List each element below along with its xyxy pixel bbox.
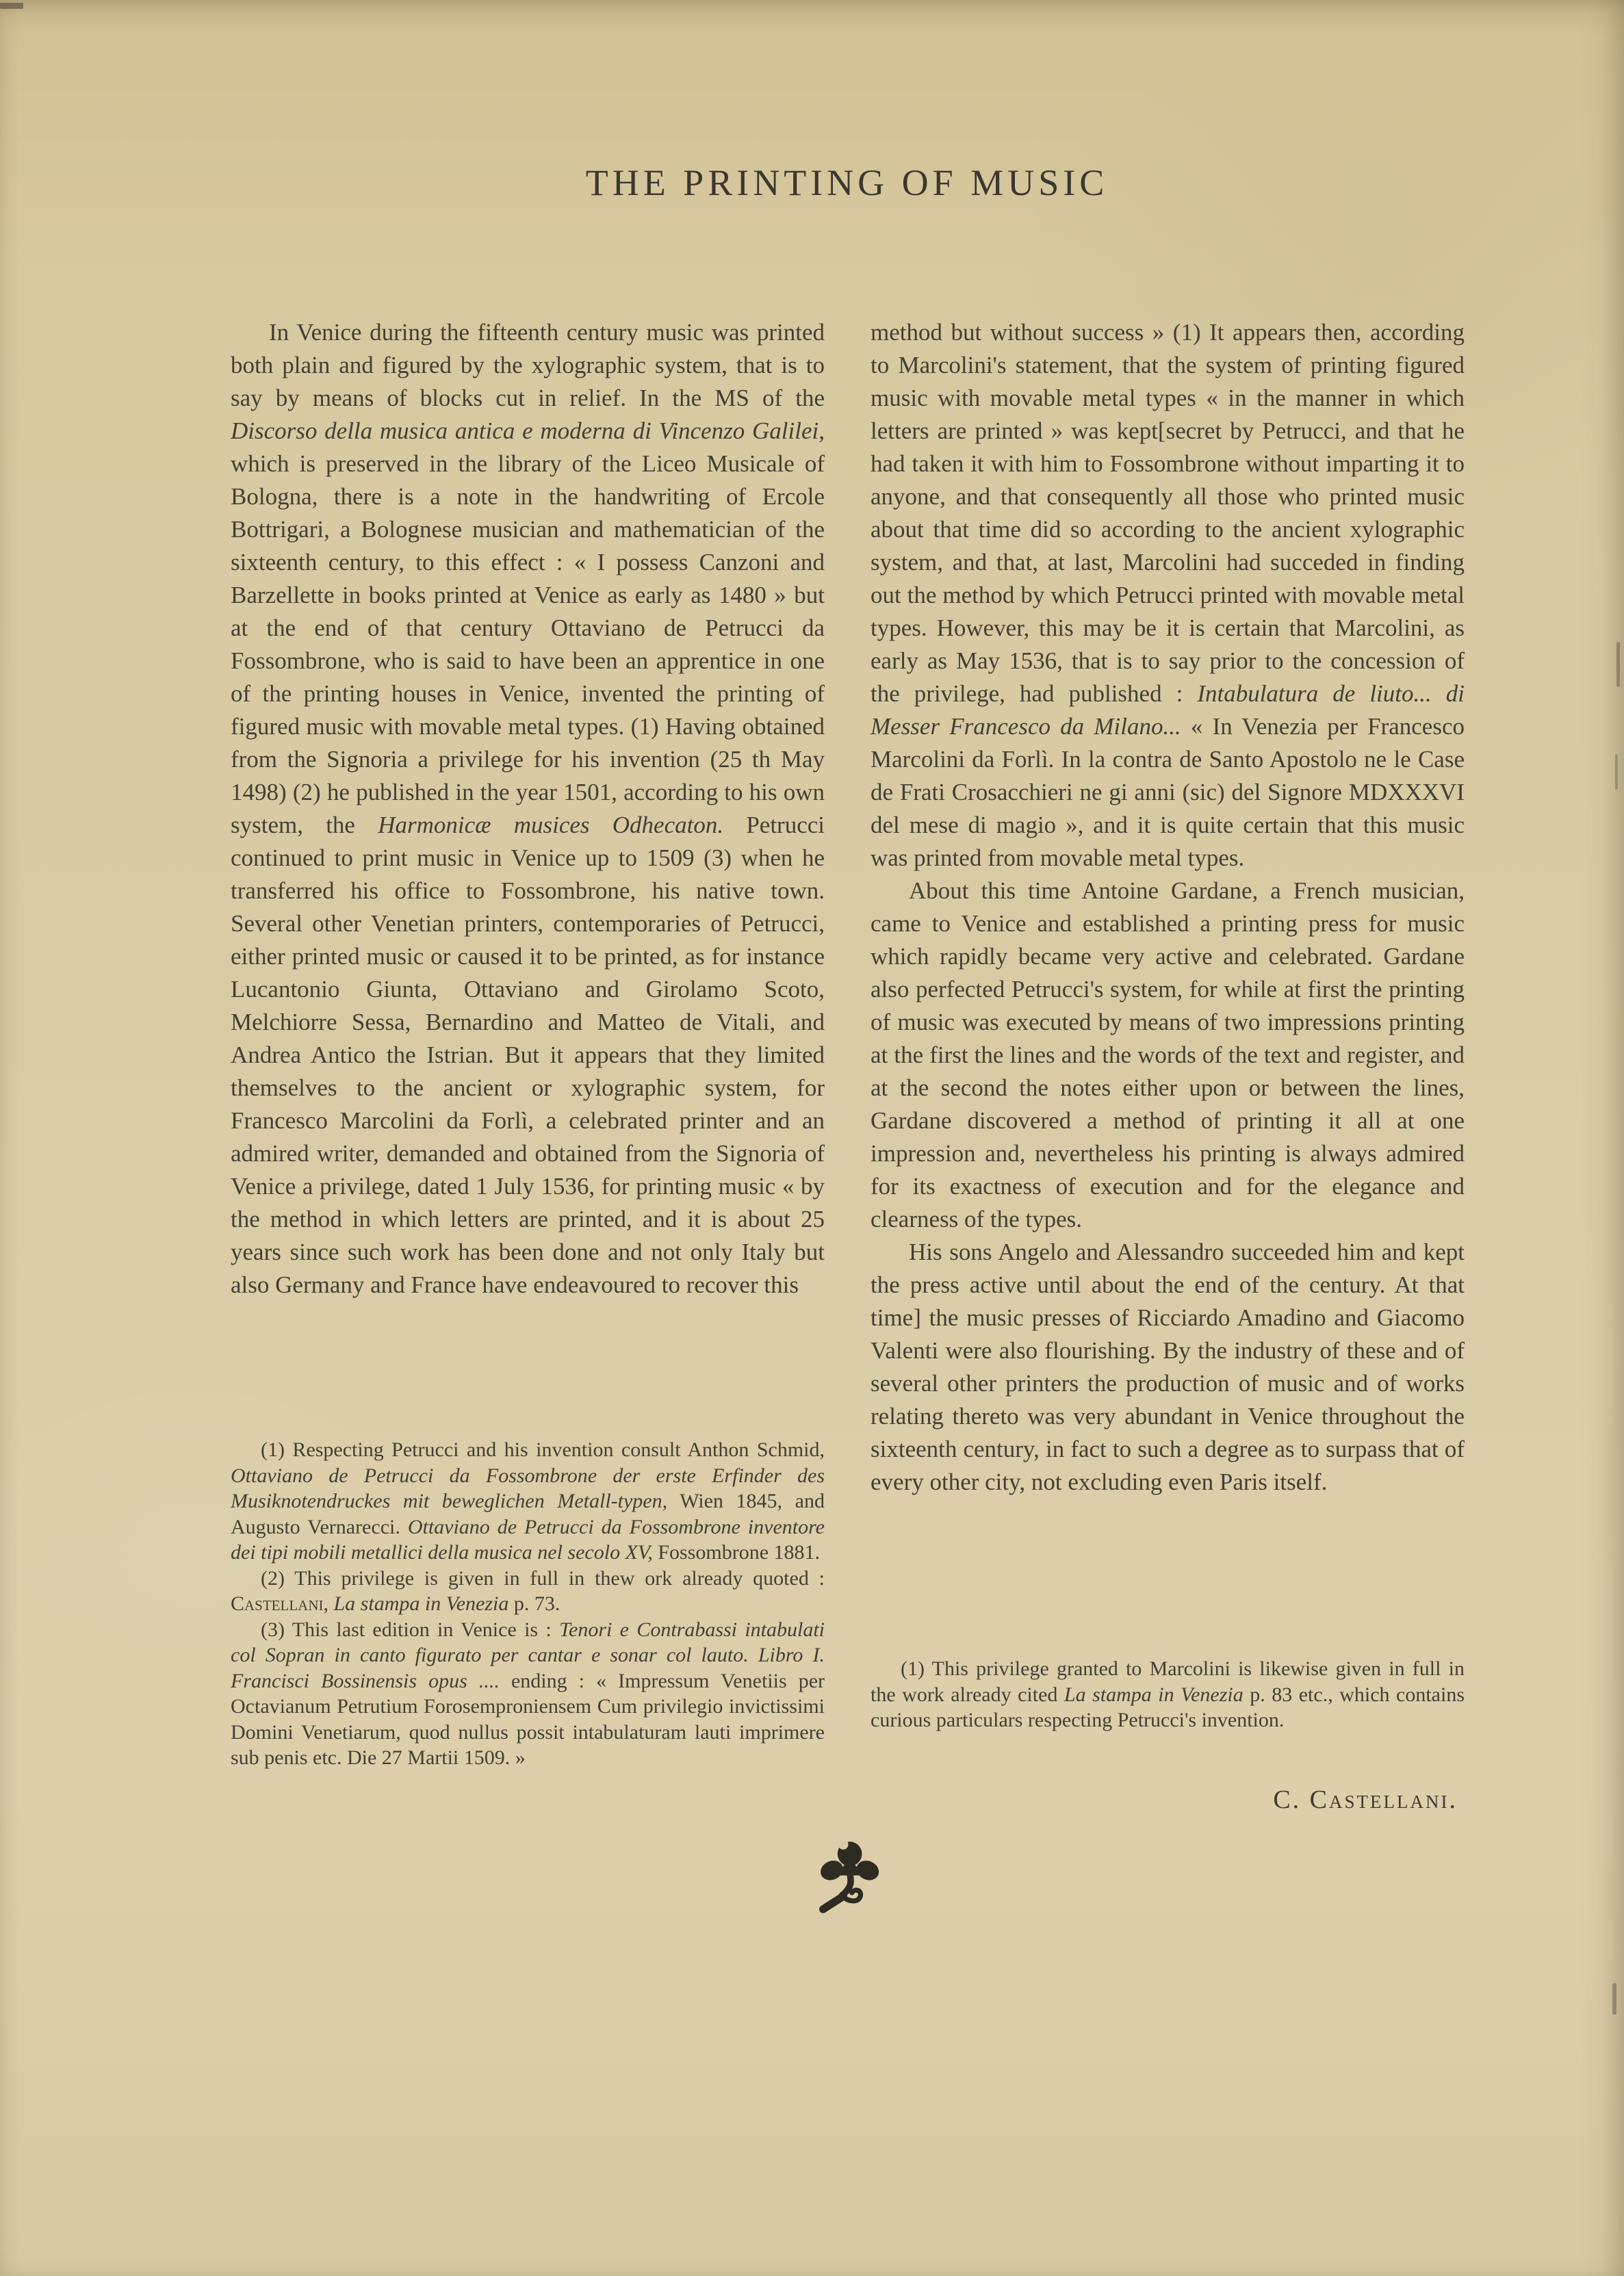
left-column: In Venice during the fifteenth century m… (231, 316, 825, 1438)
text-run: In Venice during the fifteenth century m… (231, 319, 825, 411)
body-paragraph: About this time Antoine Gardane, a Frenc… (871, 875, 1465, 1236)
text-run (328, 1592, 334, 1615)
text-run: Petrucci continued to print music in Ven… (231, 812, 825, 1298)
scanned-page: THE PRINTING OF MUSIC In Venice during t… (0, 0, 1624, 2276)
body-paragraph-continuation: method but without success » (1) It appe… (871, 316, 1465, 875)
text-run: (3) This last edition in Venice is : (261, 1618, 559, 1641)
right-footnotes: (1) This privilege granted to Marcolini … (871, 1656, 1465, 1779)
fleuron-ornament-icon (812, 1838, 884, 1924)
scan-edge-artifact (1615, 754, 1618, 790)
text-run: p. 73. (508, 1592, 560, 1615)
text-run: La stampa in Venezia (334, 1592, 509, 1615)
left-footnotes: (1) Respecting Petrucci and his inventio… (231, 1437, 825, 1834)
text-run: Fossombrone 1881. (653, 1541, 820, 1564)
footnote-2: (2) This privilege is given in full in t… (231, 1566, 825, 1617)
text-run: His sons Angelo and Alessandro succeeded… (871, 1239, 1465, 1495)
text-run: Discorso della musica antica e moderna d… (231, 417, 825, 444)
text-run: (1) Respecting Petrucci and his inventio… (261, 1438, 825, 1461)
text-run: (2) This privilege is given in full in t… (261, 1567, 825, 1590)
text-run: About this time Antoine Gardane, a Frenc… (871, 877, 1465, 1232)
right-column: method but without success » (1) It appe… (871, 316, 1465, 1651)
text-run: which is preserved in the library of the… (231, 450, 825, 838)
page-title: THE PRINTING OF MUSIC (233, 164, 1461, 201)
scan-edge-artifact (1612, 1983, 1616, 2015)
scan-edge-artifact (0, 3, 23, 9)
text-run: La stampa in Venezia (1064, 1683, 1243, 1706)
body-paragraph: In Venice during the fifteenth century m… (231, 316, 825, 1302)
text-run: Castellani, (231, 1592, 328, 1615)
text-run: method but without success » (1) It appe… (871, 319, 1465, 707)
footnote-1-right: (1) This privilege granted to Marcolini … (871, 1656, 1465, 1733)
author-signature: C. Castellani. (871, 1785, 1458, 1815)
body-paragraph: His sons Angelo and Alessandro succeeded… (871, 1236, 1465, 1499)
scan-edge-artifact (1616, 642, 1620, 687)
footnote-3: (3) This last edition in Venice is : Ten… (231, 1617, 825, 1771)
text-run: Harmonicæ musices Odhecaton. (378, 812, 723, 838)
footnote-1: (1) Respecting Petrucci and his inventio… (231, 1437, 825, 1566)
